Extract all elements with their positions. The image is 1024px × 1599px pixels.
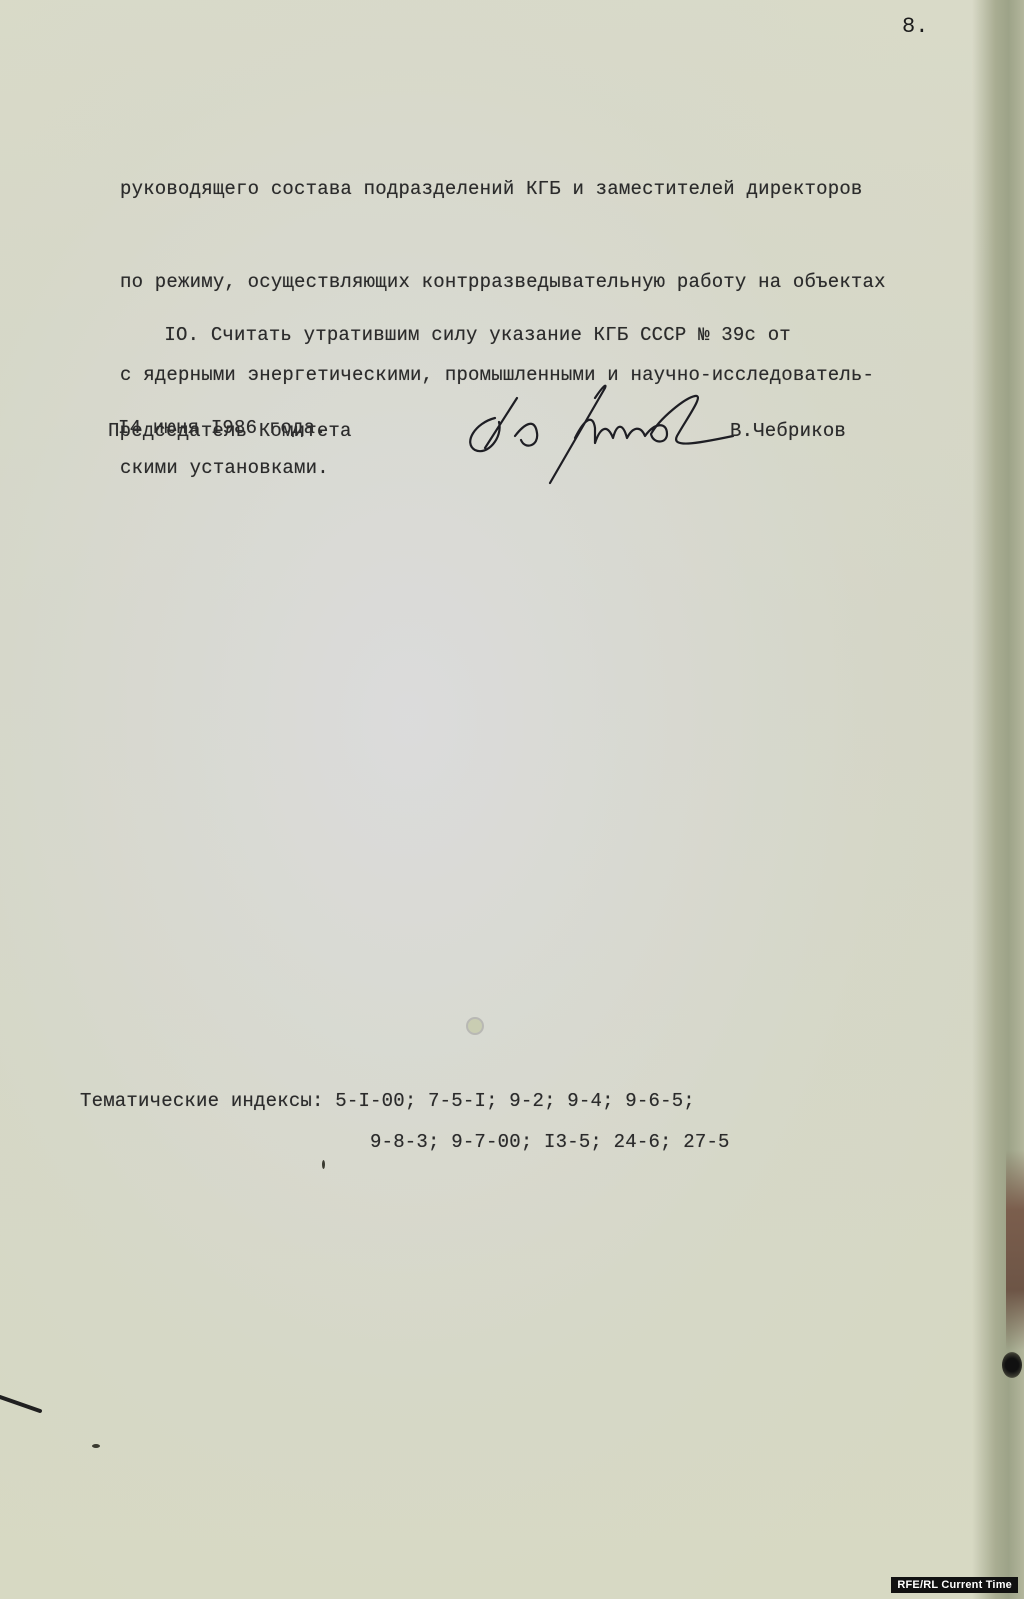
document-page: 8. руководящего состава подразделений КГ…	[0, 0, 1024, 1599]
signatory-name: В.Чебриков	[730, 416, 846, 447]
binder-edge	[1006, 1150, 1024, 1350]
pen-stroke-mark	[0, 1395, 48, 1415]
paragraph-line: руководящего состава подразделений КГБ и…	[120, 174, 886, 205]
signatory-title: Председатель Комитета	[108, 416, 352, 447]
paper-mark	[466, 1017, 484, 1035]
ink-speck	[322, 1160, 325, 1169]
watermark: RFE/RL Current Time	[891, 1577, 1018, 1593]
binder-hole	[1002, 1352, 1022, 1378]
ink-speck	[92, 1444, 100, 1448]
thematic-indices-line-2: 9-8-3; 9-7-00; I3-5; 24-6; 27-5	[370, 1127, 730, 1158]
thematic-indices-line-1: Тематические индексы: 5-I-00; 7-5-I; 9-2…	[80, 1086, 695, 1117]
paragraph-line: IO. Считать утратившим силу указание КГБ…	[118, 320, 791, 351]
page-number: 8.	[902, 14, 928, 39]
handwritten-signature	[455, 378, 735, 488]
